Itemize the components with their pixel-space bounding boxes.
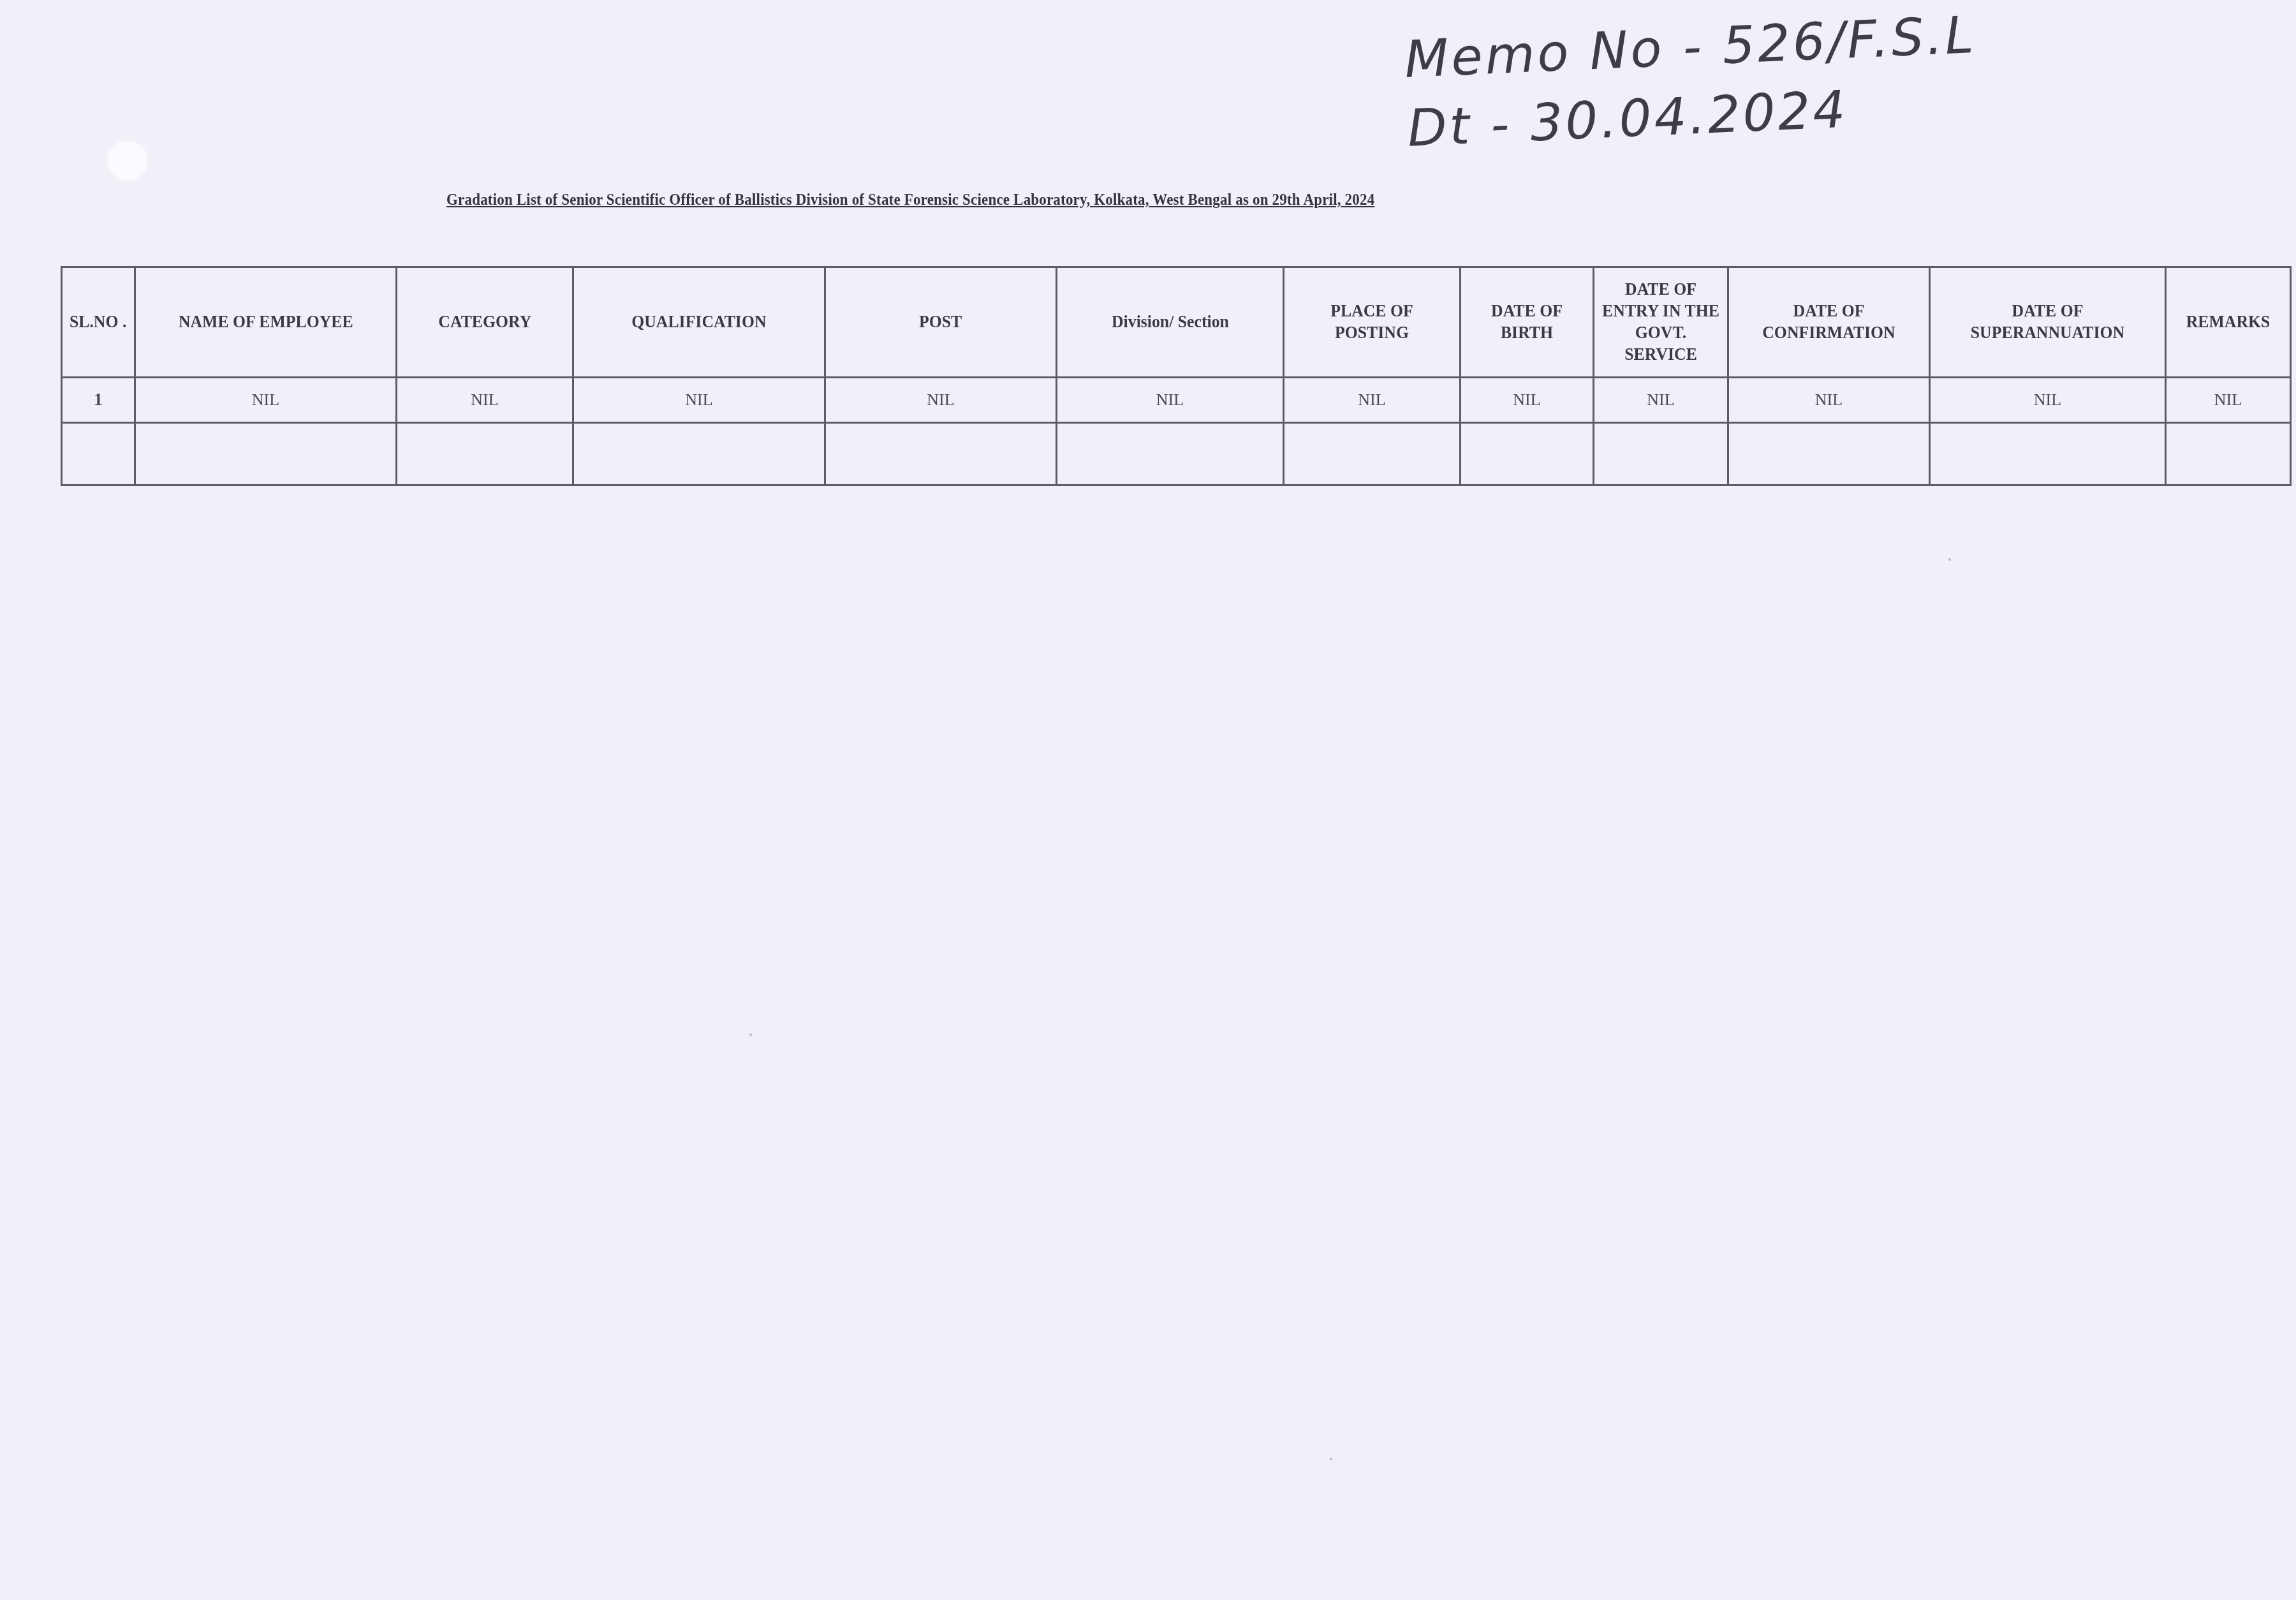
header-label: DATE OF SUPERANNUATION — [1942, 300, 2152, 344]
cell-place-of-posting — [1284, 423, 1461, 485]
cell-date-of-birth — [1461, 423, 1594, 485]
cell-date-of-superannuation: NIL — [1930, 378, 2166, 423]
header-label: Division/ Section — [1112, 311, 1229, 333]
cell-name-of-employee — [135, 423, 397, 485]
document-title: Gradation List of Senior Scientific Offi… — [446, 191, 1679, 209]
header-post: POST — [825, 267, 1057, 378]
cell-date-of-confirmation — [1728, 423, 1930, 485]
gradation-list-table: SL.NO .NAME OF EMPLOYEECATEGORYQUALIFICA… — [61, 266, 2292, 486]
header-label: DATE OF ENTRY IN THE GOVT. SERVICE — [1602, 279, 1719, 366]
cell-qualification: NIL — [573, 378, 825, 423]
header-sl-no: SL.NO . — [62, 267, 135, 378]
table-header-row: SL.NO .NAME OF EMPLOYEECATEGORYQUALIFICA… — [62, 267, 2291, 378]
scan-speck — [1948, 558, 1951, 561]
cell-sl-no — [62, 423, 135, 485]
header-label: PLACE OF POSTING — [1294, 300, 1450, 344]
handwritten-memo-note: Memo No - 526/F.S.L Dt - 30.04.2024 — [1403, 1, 1980, 163]
cell-post — [825, 423, 1057, 485]
header-label: POST — [919, 311, 962, 333]
header-label: CATEGORY — [438, 311, 531, 333]
header-label: SL.NO . — [70, 311, 126, 333]
cell-remarks — [2166, 423, 2291, 485]
header-date-of-superannuation: DATE OF SUPERANNUATION — [1930, 267, 2166, 378]
header-name-of-employee: NAME OF EMPLOYEE — [135, 267, 397, 378]
header-qualification: QUALIFICATION — [573, 267, 825, 378]
scan-speck — [1330, 1458, 1332, 1460]
cell-qualification — [573, 423, 825, 485]
cell-place-of-posting: NIL — [1284, 378, 1461, 423]
cell-name-of-employee: NIL — [135, 378, 397, 423]
cell-sl-no: 1 — [62, 378, 135, 423]
cell-post: NIL — [825, 378, 1057, 423]
header-label: DATE OF CONFIRMATION — [1739, 300, 1918, 344]
punch-hole — [108, 142, 147, 180]
header-label: DATE OF BIRTH — [1469, 300, 1585, 344]
scan-speck — [749, 1033, 752, 1036]
cell-date-of-superannuation — [1930, 423, 2166, 485]
table-row: 1NILNILNILNILNILNILNILNILNILNILNIL — [62, 378, 2291, 423]
header-date-of-birth: DATE OF BIRTH — [1461, 267, 1594, 378]
cell-category: NIL — [397, 378, 573, 423]
table-row — [62, 423, 2291, 485]
cell-date-of-birth: NIL — [1461, 378, 1594, 423]
header-place-of-posting: PLACE OF POSTING — [1284, 267, 1461, 378]
cell-date-of-confirmation: NIL — [1728, 378, 1930, 423]
header-remarks: REMARKS — [2166, 267, 2291, 378]
cell-date-of-entry: NIL — [1594, 378, 1728, 423]
cell-division-section: NIL — [1057, 378, 1284, 423]
header-division-section: Division/ Section — [1057, 267, 1284, 378]
header-label: NAME OF EMPLOYEE — [179, 311, 353, 333]
cell-date-of-entry — [1594, 423, 1728, 485]
cell-division-section — [1057, 423, 1284, 485]
header-date-of-confirmation: DATE OF CONFIRMATION — [1728, 267, 1930, 378]
cell-remarks: NIL — [2166, 378, 2291, 423]
header-label: QUALIFICATION — [631, 311, 766, 333]
header-label: REMARKS — [2186, 311, 2270, 333]
header-category: CATEGORY — [397, 267, 573, 378]
header-date-of-entry: DATE OF ENTRY IN THE GOVT. SERVICE — [1594, 267, 1728, 378]
cell-category — [397, 423, 573, 485]
